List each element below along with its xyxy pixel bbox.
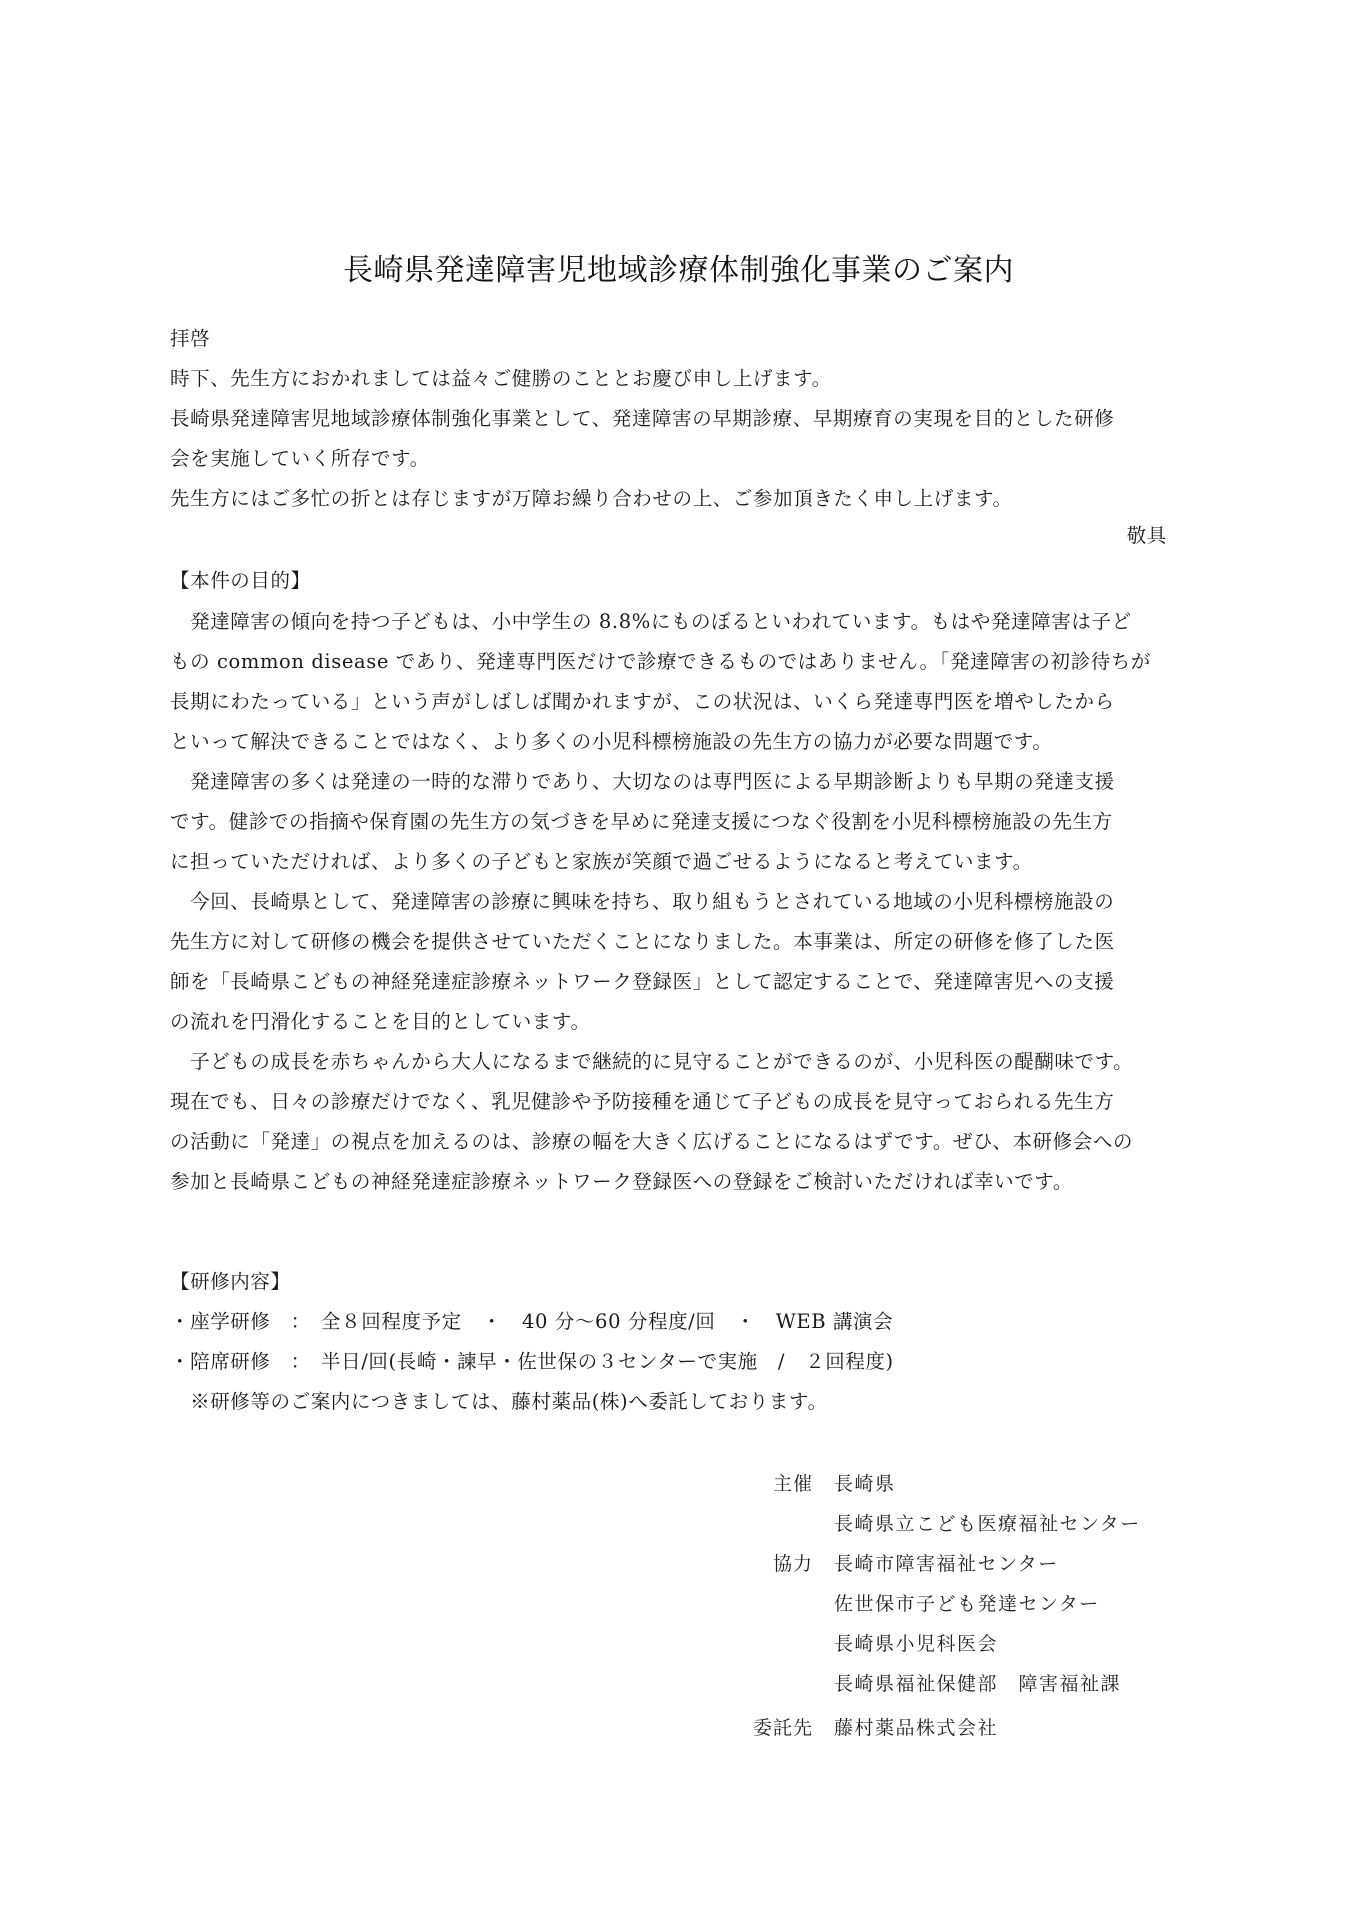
cooperation-name: 佐世保市子ども発達センター (834, 1589, 1100, 1616)
cooperation-label: 協力 (773, 1549, 813, 1576)
cooperation-name: 長崎市障害福祉センター (834, 1549, 1059, 1576)
purpose-line: 今回、長崎県として、発達障害の診療に興味を持ち、取り組もうとされている地域の小児… (170, 886, 1114, 914)
purpose-line: 先生方に対して研修の機会を提供させていただくことになりました。本事業は、所定の研… (170, 926, 1115, 954)
purpose-line: の活動に「発達」の視点を加えるのは、診療の幅を大きく広げることになるはずです。ぜ… (170, 1126, 1133, 1154)
training-line: ・座学研修 ： 全８回程度予定 ・ 40 分～60 分程度/回 ・ WEB 講演… (170, 1306, 893, 1334)
host-label: 主催 (773, 1469, 813, 1496)
purpose-line: 発達障害の傾向を持つ子どもは、小中学生の 8.8%にものぼるといわれています。も… (170, 606, 1132, 634)
document-title: 長崎県発達障害児地域診療体制強化事業のご案内 (0, 245, 1357, 289)
purpose-line: に担っていただければ、より多くの子どもと家族が笑顔で過ごせるようになると考えてい… (170, 846, 1033, 874)
purpose-line: 子どもの成長を赤ちゃんから大人になるまで継続的に見守ることができるのが、小児科医… (170, 1046, 1133, 1074)
greeting-line: 先生方にはご多忙の折とは存じますが万障お繰り合わせの上、ご参加頂きたく申し上げま… (170, 483, 1013, 511)
greeting-line: 長崎県発達障害児地域診療体制強化事業として、発達障害の早期診療、早期療育の実現を… (170, 403, 1114, 431)
contractor-name: 藤村薬品株式会社 (834, 1713, 998, 1740)
host-name: 長崎県立こども医療福祉センター (834, 1509, 1141, 1536)
host-name: 長崎県 (834, 1469, 896, 1496)
cooperation-name: 長崎県福祉保健部 障害福祉課 (834, 1669, 1121, 1696)
purpose-line: 参加と長崎県こどもの神経発達症診療ネットワーク登録医への登録をご検討いただければ… (170, 1166, 1073, 1194)
purpose-line: 現在でも、日々の診療だけでなく、乳児健診や予防接種を通じて子どもの成長を見守って… (170, 1086, 1114, 1114)
training-line: ・陪席研修 ： 半日/回(長崎・諫早・佐世保の３センターで実施 / ２回程度) (170, 1346, 894, 1374)
training-note: ※研修等のご案内につきましては、藤村薬品(株)へ委託しております。 (170, 1386, 828, 1414)
greeting-closing: 敬具 (1127, 520, 1167, 548)
purpose-line: 長期にわたっている」という声がしばしば聞かれますが、この状況は、いくら発達専門医… (170, 686, 1115, 714)
greeting-opening: 拝啓 (170, 323, 210, 351)
greeting-line: 会を実施していく所存です。 (170, 443, 430, 471)
purpose-line: 発達障害の多くは発達の一時的な滞りであり、大切なのは専門医による早期診断よりも早… (170, 766, 1115, 794)
purpose-line: といって解決できることではなく、より多くの小児科標榜施設の先生方の協力が必要な問… (170, 726, 1052, 754)
purpose-heading: 【本件の目的】 (170, 565, 311, 593)
cooperation-name: 長崎県小児科医会 (834, 1629, 998, 1656)
purpose-line: 師を「長崎県こどもの神経発達症診療ネットワーク登録医」として認定することで、発達… (170, 966, 1114, 994)
document-page: 長崎県発達障害児地域診療体制強化事業のご案内 拝啓 時下、先生方におかれましては… (0, 0, 1357, 1920)
training-heading: 【研修内容】 (170, 1266, 291, 1294)
purpose-line: です。健診での指摘や保育園の先生方の気づきを早めに発達支援につなぐ役割を小児科標… (170, 806, 1113, 834)
contractor-label: 委託先 (753, 1713, 813, 1740)
purpose-line: もの common disease であり、発達専門医だけで診療できるものではあ… (170, 646, 1151, 674)
greeting-line: 時下、先生方におかれましては益々ご健勝のこととお慶び申し上げます。 (170, 363, 832, 391)
purpose-line: の流れを円滑化することを目的としています。 (170, 1006, 591, 1034)
